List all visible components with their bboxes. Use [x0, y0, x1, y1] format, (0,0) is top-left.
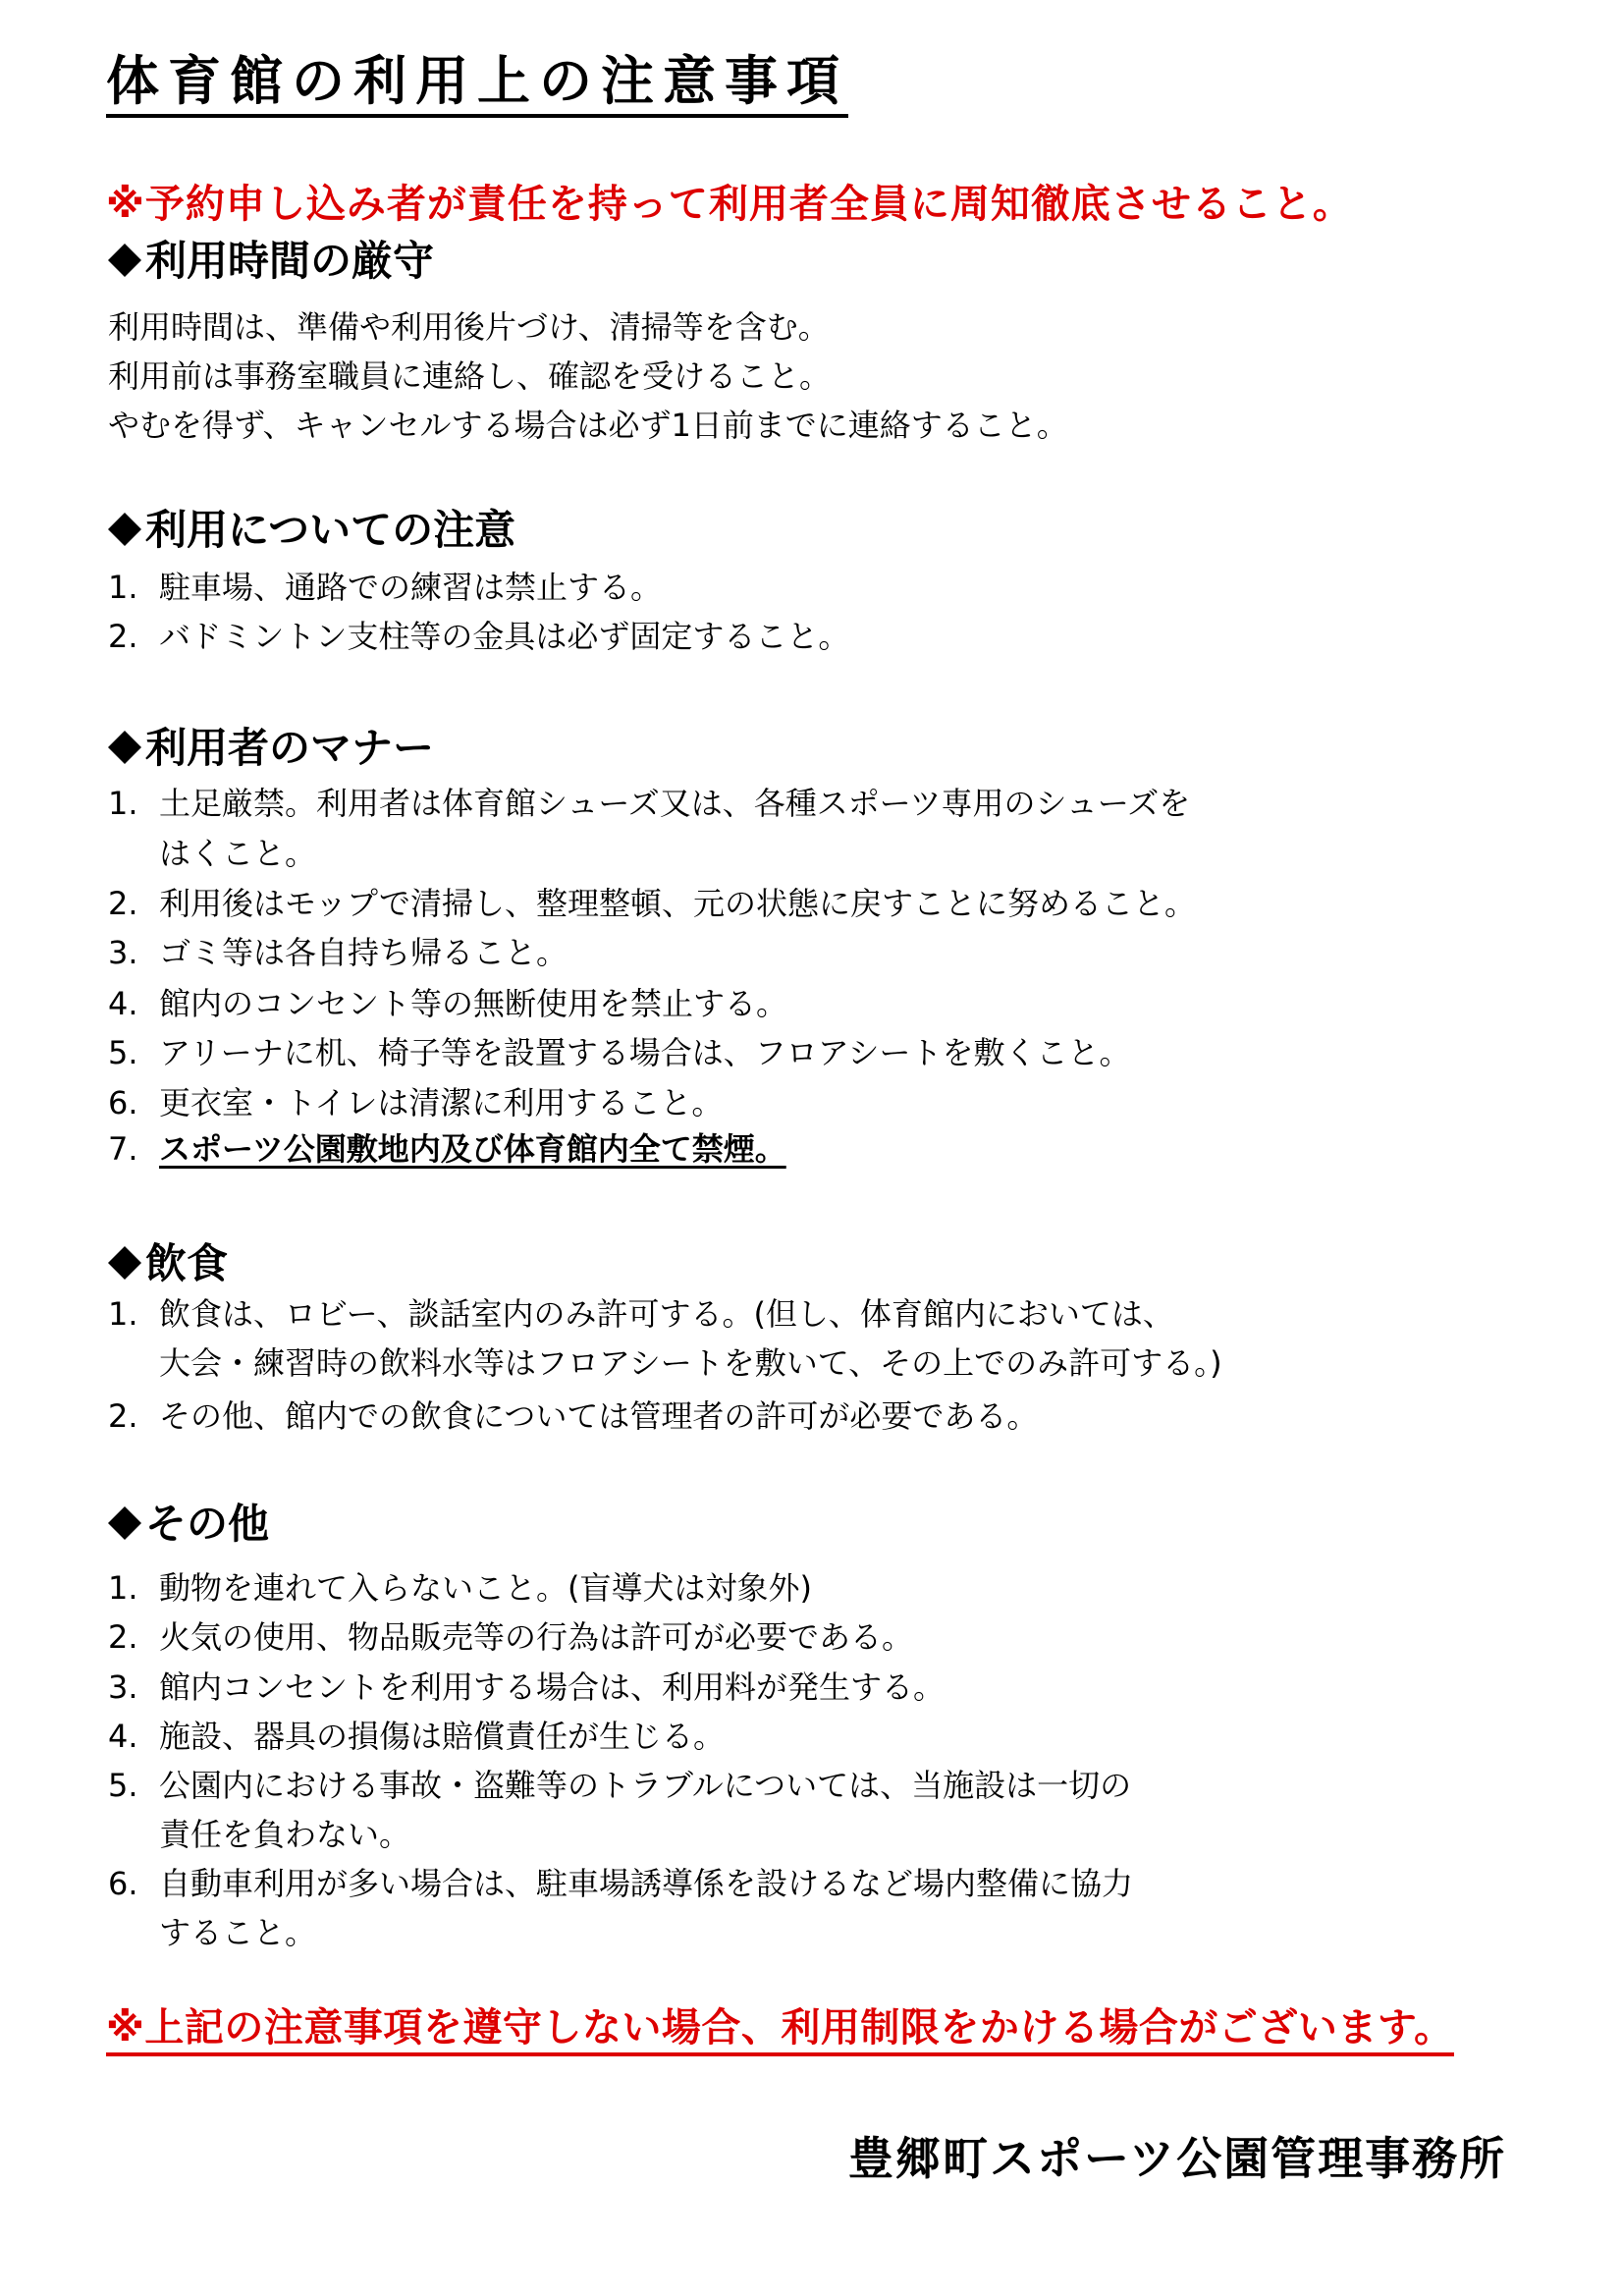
top-notice: ※予約申し込み者が責任を持って利用者全員に周知徹底させること。	[106, 180, 1353, 229]
item-number: 5.	[108, 1028, 159, 1077]
section-heading-label: その他	[145, 1500, 269, 1548]
item-text: 館内のコンセント等の無断使用を禁止する。	[159, 985, 787, 1022]
item-number: 2.	[108, 1392, 159, 1441]
list-item: 1.土足厳禁。利用者は体育館シューズ又は、各種スポーツ専用のシューズを	[108, 779, 1190, 828]
item-continuation: 大会・練習時の飲料水等はフロアシートを敷いて、その上でのみ許可する。)	[159, 1339, 1222, 1388]
diamond-icon	[108, 1246, 141, 1280]
item-text: 動物を連れて入らないこと。(盲導犬は対象外)	[159, 1569, 812, 1607]
item-text: 土足厳禁。利用者は体育館シューズ又は、各種スポーツ専用のシューズを	[159, 785, 1190, 822]
item-text: ゴミ等は各自持ち帰ること。	[159, 934, 568, 971]
list-item: 3.館内コンセントを利用する場合は、利用料が発生する。	[108, 1663, 945, 1712]
list-item: 4.施設、器具の損傷は賠償責任が生じる。	[108, 1712, 725, 1761]
item-continuation: すること。	[159, 1908, 316, 1957]
item-number: 5.	[108, 1761, 159, 1810]
list-item: 6.自動車利用が多い場合は、駐車場誘導係を設けるなど場内整備に協力	[108, 1859, 1133, 1908]
item-number: 4.	[108, 1712, 159, 1761]
list-item: 6.更衣室・トイレは清潔に利用すること。	[108, 1078, 723, 1127]
list-item: 3.ゴミ等は各自持ち帰ること。	[108, 928, 568, 977]
section-heading-label: 利用者のマナー	[145, 724, 434, 772]
page-title: 体育館の利用上の注意事項	[106, 49, 848, 118]
item-number: 7.	[108, 1124, 159, 1174]
item-number: 3.	[108, 1663, 159, 1712]
item-number: 1.	[108, 1289, 159, 1339]
list-item: 1.駐車場、通路での練習は禁止する。	[108, 563, 662, 612]
item-text: 利用後はモップで清掃し、整理整頓、元の状態に戻すことに努めること。	[159, 885, 1196, 922]
item-number: 1.	[108, 1563, 159, 1613]
diamond-icon	[108, 513, 141, 546]
section-heading-food-drink: 飲食	[108, 1239, 228, 1288]
item-number: 6.	[108, 1859, 159, 1908]
list-item: 1.飲食は、ロビー、談話室内のみ許可する。(但し、体育館内においては、	[108, 1289, 1174, 1339]
item-number: 1.	[108, 563, 159, 612]
section-heading-manners: 利用者のマナー	[108, 724, 434, 773]
item-text: 飲食は、ロビー、談話室内のみ許可する。(但し、体育館内においては、	[159, 1295, 1174, 1333]
item-text: 自動車利用が多い場合は、駐車場誘導係を設けるなど場内整備に協力	[159, 1865, 1133, 1902]
section-heading-label: 飲食	[145, 1239, 228, 1287]
item-text: 火気の使用、物品販売等の行為は許可が必要である。	[159, 1618, 913, 1656]
item-text: 更衣室・トイレは清潔に利用すること。	[159, 1084, 723, 1121]
item-number: 2.	[108, 879, 159, 928]
item-number: 6.	[108, 1078, 159, 1127]
list-item: 5.公園内における事故・盗難等のトラブルについては、当施設は一切の	[108, 1761, 1131, 1810]
item-number: 2.	[108, 612, 159, 661]
item-number: 3.	[108, 928, 159, 977]
item-text: バドミントン支柱等の金具は必ず固定すること。	[159, 618, 849, 655]
no-smoking-emphasis: スポーツ公園敷地内及び体育館内全て禁煙。	[159, 1130, 786, 1168]
list-item: 2.バドミントン支柱等の金具は必ず固定すること。	[108, 612, 849, 661]
item-continuation: 責任を負わない。	[159, 1810, 410, 1859]
list-item: 2.利用後はモップで清掃し、整理整頓、元の状態に戻すことに努めること。	[108, 879, 1196, 928]
item-number: 1.	[108, 779, 159, 828]
item-text: アリーナに机、椅子等を設置する場合は、フロアシートを敷くこと。	[159, 1034, 1130, 1071]
item-text: その他、館内での飲食については管理者の許可が必要である。	[159, 1397, 1038, 1435]
diamond-icon	[108, 731, 141, 764]
bottom-notice: ※上記の注意事項を遵守しない場合、利用制限をかける場合がございます。	[106, 2003, 1454, 2056]
item-text: 駐車場、通路での練習は禁止する。	[159, 569, 662, 606]
item-number: 2.	[108, 1613, 159, 1662]
item-text: 公園内における事故・盗難等のトラブルについては、当施設は一切の	[159, 1767, 1131, 1804]
section-heading-usage-time: 利用時間の厳守	[108, 237, 434, 286]
section-heading-usage-notes: 利用についての注意	[108, 506, 515, 555]
body-line: 利用時間は、準備や利用後片づけ、清掃等を含む。	[108, 302, 830, 352]
list-item: 1.動物を連れて入らないこと。(盲導犬は対象外)	[108, 1563, 812, 1613]
diamond-icon	[108, 244, 141, 277]
list-item-no-smoking: 7.スポーツ公園敷地内及び体育館内全て禁煙。	[108, 1124, 786, 1174]
section-heading-label: 利用時間の厳守	[145, 237, 434, 285]
list-item: 2.火気の使用、物品販売等の行為は許可が必要である。	[108, 1613, 913, 1662]
section-heading-label: 利用についての注意	[145, 506, 515, 554]
section-heading-other: その他	[108, 1500, 269, 1549]
footer-organization: 豊郷町スポーツ公園管理事務所	[848, 2131, 1506, 2186]
body-line: 利用前は事務室職員に連絡し、確認を受けること。	[108, 352, 831, 401]
item-text: 施設、器具の損傷は賠償責任が生じる。	[159, 1718, 725, 1755]
list-item: 5.アリーナに机、椅子等を設置する場合は、フロアシートを敷くこと。	[108, 1028, 1130, 1077]
item-continuation: はくこと。	[159, 829, 316, 878]
list-item: 2.その他、館内での飲食については管理者の許可が必要である。	[108, 1392, 1038, 1441]
body-line: やむを得ず、キャンセルする場合は必ず1日前までに連絡すること。	[108, 401, 1068, 450]
diamond-icon	[108, 1506, 141, 1540]
list-item: 4.館内のコンセント等の無断使用を禁止する。	[108, 979, 787, 1028]
item-text: 館内コンセントを利用する場合は、利用料が発生する。	[159, 1668, 945, 1706]
item-number: 4.	[108, 979, 159, 1028]
